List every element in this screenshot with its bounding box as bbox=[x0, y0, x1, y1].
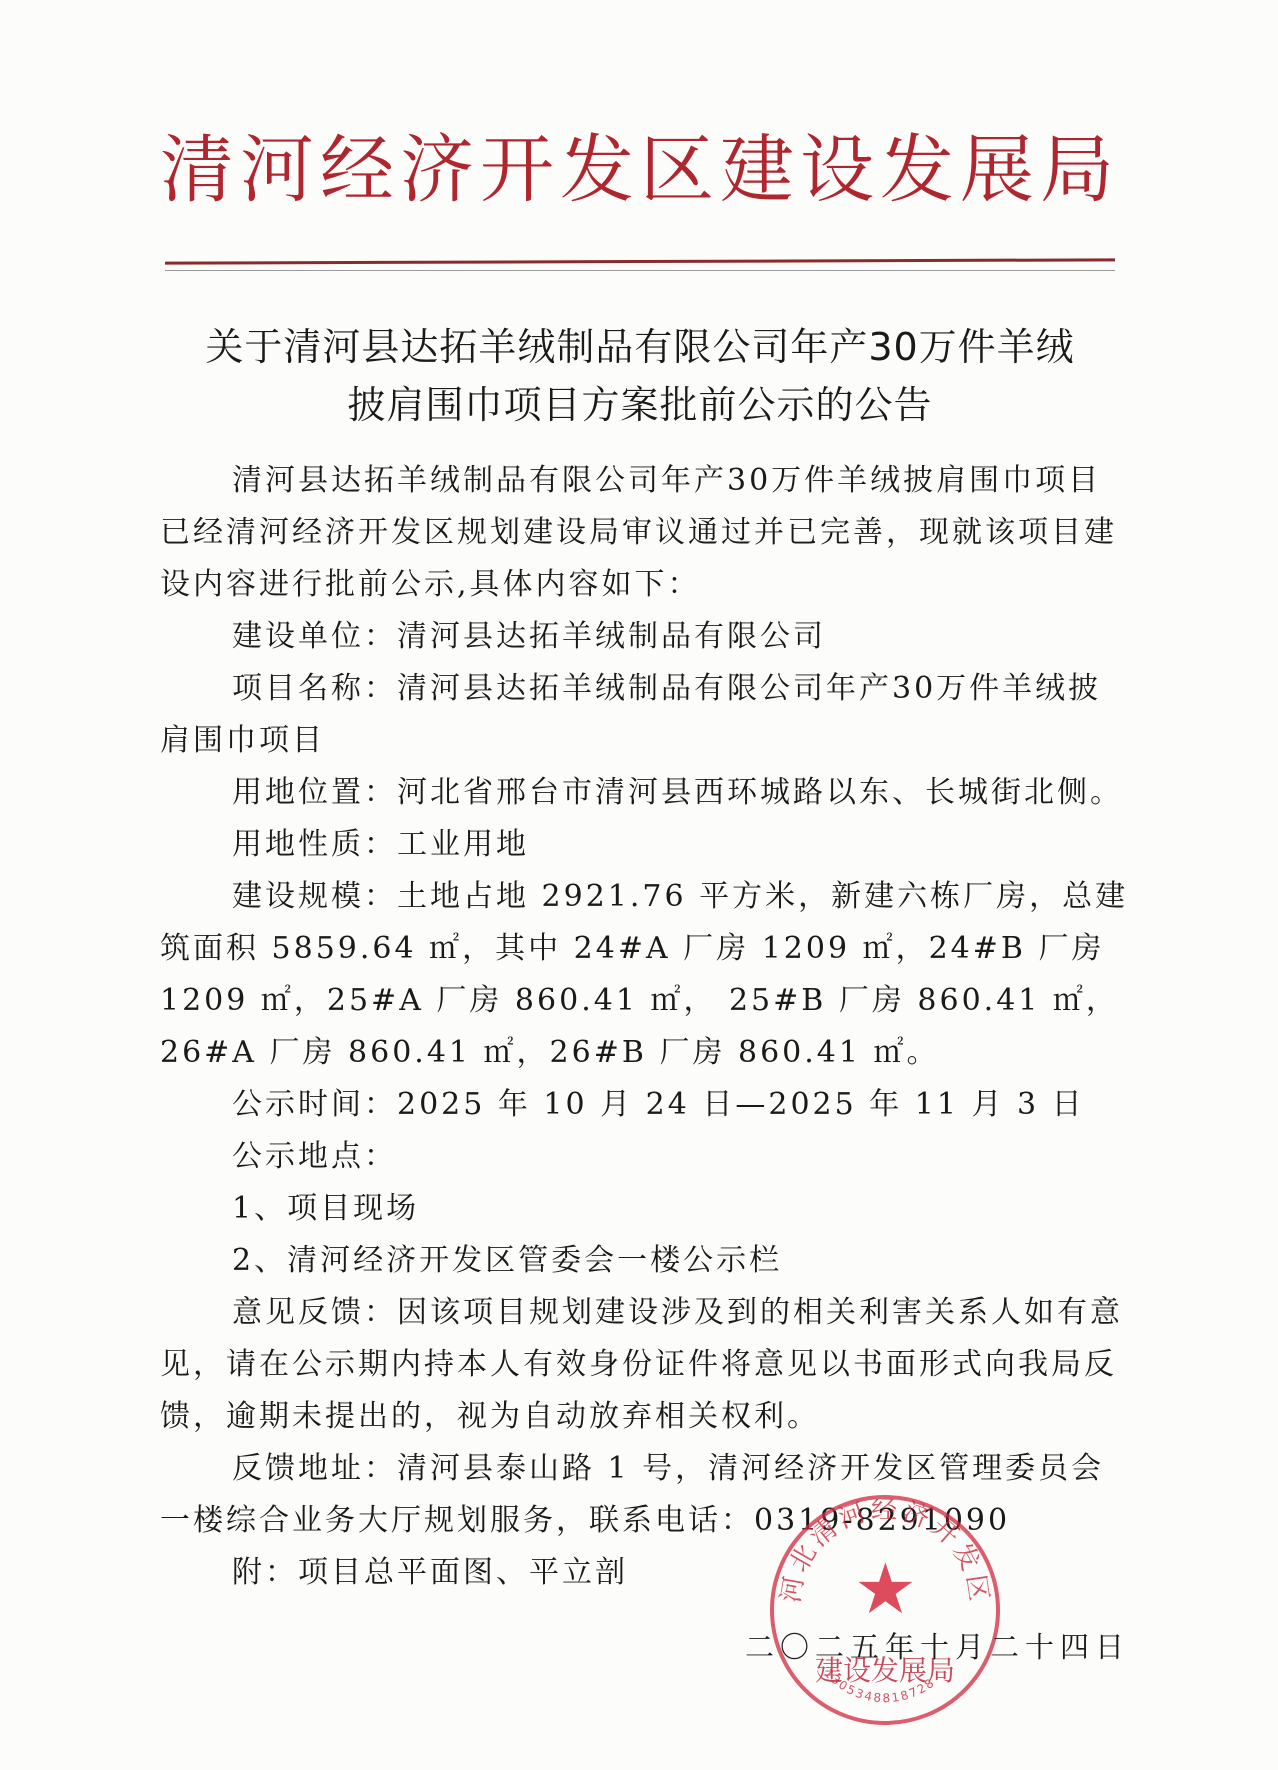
document-title: 关于清河县达拓羊绒制品有限公司年产30万件羊绒 披肩围巾项目方案批前公示的公告 bbox=[140, 318, 1140, 434]
land-type: 用地性质：工业用地 bbox=[160, 819, 1130, 871]
intro-paragraph: 清河县达拓羊绒制品有限公司年产30万件羊绒披肩围巾项目已经清河经济开发区规划建设… bbox=[160, 455, 1130, 611]
construction-unit: 建设单位：清河县达拓羊绒制品有限公司 bbox=[160, 611, 1130, 663]
publicity-period: 公示时间：2025 年 10 月 24 日—2025 年 11 月 3 日 bbox=[160, 1079, 1130, 1131]
title-line-1: 关于清河县达拓羊绒制品有限公司年产30万件羊绒 bbox=[140, 318, 1140, 376]
masthead-title: 清河经济开发区建设发展局 bbox=[160, 125, 1120, 215]
signature-date: 二〇二五年十月二十四日 bbox=[745, 1625, 1130, 1666]
publicity-place-label: 公示地点： bbox=[160, 1131, 1130, 1183]
project-name: 项目名称：清河县达拓羊绒制品有限公司年产30万件羊绒披肩围巾项目 bbox=[160, 663, 1130, 767]
feedback-paragraph: 意见反馈：因该项目规划建设涉及到的相关利害关系人如有意见，请在公示期内持本人有效… bbox=[160, 1287, 1130, 1443]
publicity-place-2: 2、清河经济开发区管委会一楼公示栏 bbox=[160, 1235, 1130, 1287]
document-body: 清河县达拓羊绒制品有限公司年产30万件羊绒披肩围巾项目已经清河经济开发区规划建设… bbox=[160, 455, 1130, 1599]
official-seal: 河北清河经济开发区 1305348818728 ★ 建设发展局 bbox=[770, 1495, 1000, 1725]
masthead-rule-thin bbox=[165, 270, 1115, 271]
land-location: 用地位置：河北省邢台市清河县西环城路以东、长城街北侧。 bbox=[160, 767, 1130, 819]
construction-scale: 建设规模：土地占地 2921.76 平方米，新建六栋厂房，总建筑面积 5859.… bbox=[160, 871, 1130, 1079]
star-icon: ★ bbox=[854, 1554, 917, 1624]
publicity-place-1: 1、项目现场 bbox=[160, 1183, 1130, 1235]
title-line-2: 披肩围巾项目方案批前公示的公告 bbox=[140, 376, 1140, 434]
masthead-rule-thick bbox=[165, 258, 1115, 264]
